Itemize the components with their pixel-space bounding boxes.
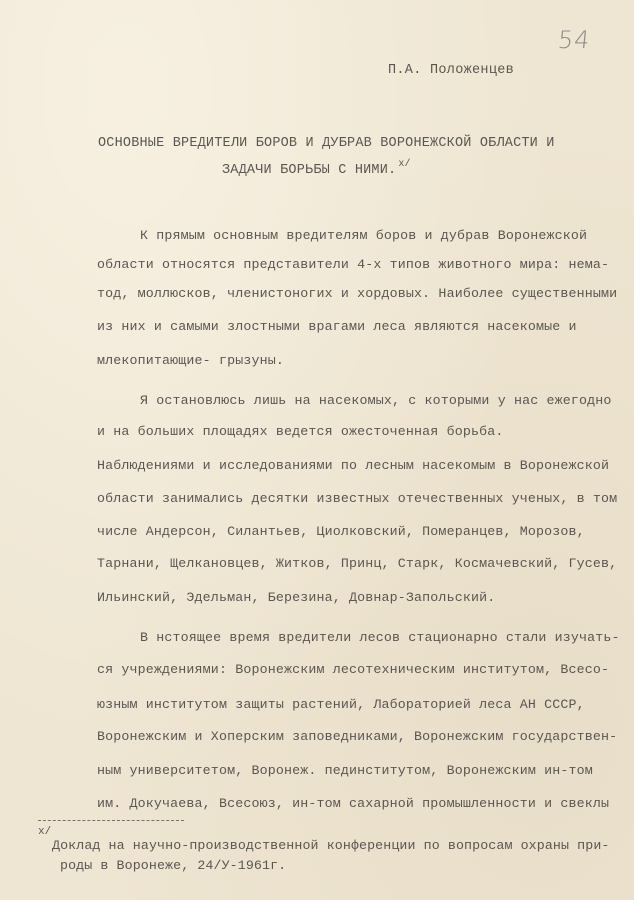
body-line: из них и самыми злостными врагами леса я… <box>97 319 577 334</box>
body-line: им. Докучаева, Всесоюз, ин-том сахарной … <box>97 796 609 811</box>
body-line: числе Андерсон, Силантьев, Циолковский, … <box>97 524 585 539</box>
body-line: области занимались десятки известных оте… <box>97 491 617 506</box>
body-line: ся учреждениями: Воронежским лесотехниче… <box>97 662 609 677</box>
body-line: тод, моллюсков, членистоногих и хордовых… <box>97 286 617 301</box>
body-line: К прямым основным вредителям боров и дуб… <box>140 228 587 243</box>
footnote-marker: х/ <box>398 159 410 170</box>
footnote-separator <box>38 820 184 821</box>
handwritten-page-number: 54 <box>557 26 592 54</box>
footnote-line-2: роды в Воронеже, 24/У-1961г. <box>60 858 286 873</box>
body-line: Я остановлюсь лишь на насекомых, с котор… <box>140 393 612 408</box>
title-line-1: ОСНОВНЫЕ ВРЕДИТЕЛИ БОРОВ И ДУБРАВ ВОРОНЕ… <box>98 136 555 151</box>
body-line: области относятся представители 4-х типо… <box>97 257 609 272</box>
body-line: и на больших площадях ведется ожесточенн… <box>97 424 503 439</box>
footnote-line-1: Доклад на научно-производственной конфер… <box>52 838 609 853</box>
title-line-2: ЗАДАЧИ БОРЬБЫ С НИМИ.х/ <box>222 163 411 178</box>
body-line: Тарнани, Щелкановцев, Житков, Принц, Ста… <box>97 556 617 571</box>
body-line: Воронежским и Хоперским заповедниками, В… <box>97 729 617 744</box>
body-line: В нстоящее время вредители лесов стацион… <box>140 630 620 645</box>
footnote-marker-bottom: х/ <box>38 826 51 838</box>
document-page: 54 П.А. Положенцев ОСНОВНЫЕ ВРЕДИТЕЛИ БО… <box>0 0 634 900</box>
body-line: млекопитающие- грызуны. <box>97 353 284 368</box>
body-line: юзным институтом защиты растений, Лабора… <box>97 697 585 712</box>
body-line: Ильинский, Эдельман, Березина, Довнар-За… <box>97 590 495 605</box>
author-name: П.А. Положенцев <box>388 63 514 78</box>
body-line: ным университетом, Воронеж. пединституто… <box>97 763 593 778</box>
body-line: Наблюдениями и исследованиями по лесным … <box>97 458 609 473</box>
title-line-2-text: ЗАДАЧИ БОРЬБЫ С НИМИ. <box>222 163 396 178</box>
